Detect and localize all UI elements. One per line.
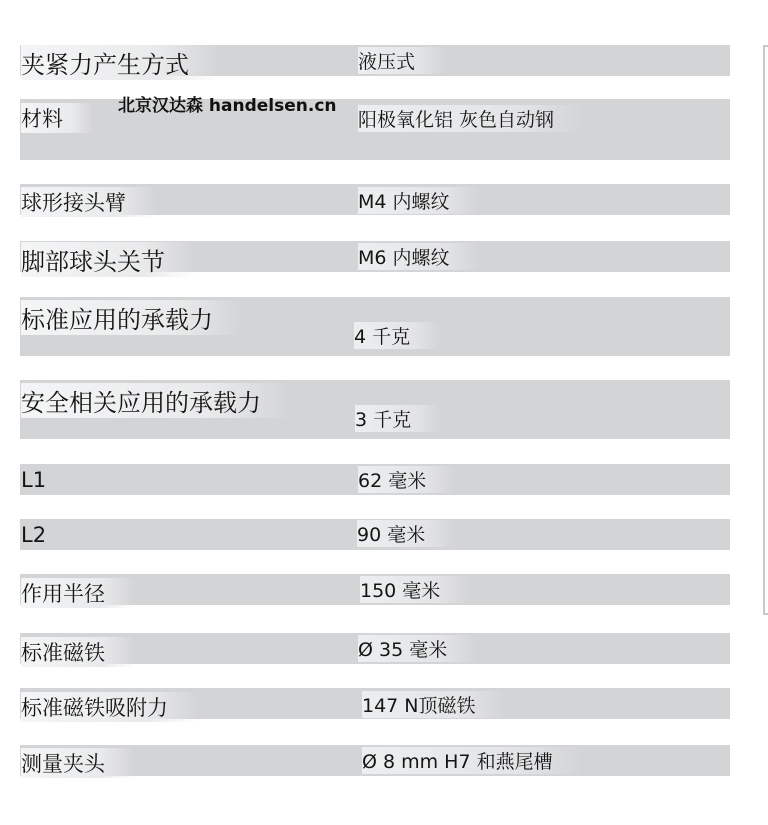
watermark-text: 北京汉达森 handelsen.cn	[118, 91, 337, 116]
spec-value: M6 内螺纹	[358, 243, 480, 270]
spec-row-measuring-clamp: 测量夹头 Ø 8 mm H7 和燕尾槽	[20, 745, 730, 776]
spec-row-safety-load: 安全相关应用的承载力 3 千克	[20, 380, 730, 439]
spec-label: L1	[21, 468, 76, 492]
spec-row-standard-magnet: 标准磁铁 Ø 35 毫米	[20, 633, 730, 664]
spec-value: 4 千克	[354, 322, 440, 349]
spec-label: 作用半径	[21, 578, 135, 608]
spec-label: 标准磁铁吸附力	[21, 692, 198, 722]
spec-label: 夹紧力产生方式	[21, 45, 219, 80]
spec-value: 液压式	[358, 47, 445, 74]
spec-label: L2	[21, 523, 76, 547]
spec-label: 球形接头臂	[21, 187, 156, 217]
spec-value: 147 N顶磁铁	[362, 691, 506, 718]
spec-row-standard-load: 标准应用的承载力 4 千克	[20, 297, 730, 356]
spec-value: Ø 35 毫米	[358, 635, 477, 662]
spec-row-foot-ball-joint: 脚部球头关节 M6 内螺纹	[20, 241, 730, 272]
spec-row-clamping-method: 夹紧力产生方式 液压式	[20, 45, 730, 76]
spec-row-l1: L1 62 毫米	[20, 464, 730, 495]
spec-row-magnet-holding-force: 标准磁铁吸附力 147 N顶磁铁	[20, 688, 730, 719]
spec-row-ball-joint-arm: 球形接头臂 M4 内螺纹	[20, 184, 730, 215]
spec-label: 脚部球头关节	[21, 242, 195, 277]
spec-value: Ø 8 mm H7 和燕尾槽	[362, 747, 583, 774]
spec-label: 安全相关应用的承载力	[21, 383, 291, 418]
spec-label: 材料	[21, 103, 93, 133]
spec-row-l2: L2 90 毫米	[20, 519, 730, 550]
spec-value: 90 毫米	[357, 520, 455, 547]
spec-value: 62 毫米	[358, 466, 456, 493]
spec-label: 测量夹头	[21, 748, 135, 778]
spec-value: M4 内螺纹	[358, 187, 480, 214]
spec-value: 150 毫米	[360, 576, 470, 603]
spec-label: 标准应用的承载力	[21, 300, 243, 335]
spec-label: 标准磁铁	[21, 637, 135, 667]
spec-value: 阳极氧化铝 灰色自动钢	[358, 105, 584, 132]
side-panel-edge	[763, 45, 768, 615]
spec-value: 3 千克	[355, 405, 441, 432]
spec-row-working-radius: 作用半径 150 毫米	[20, 574, 730, 605]
